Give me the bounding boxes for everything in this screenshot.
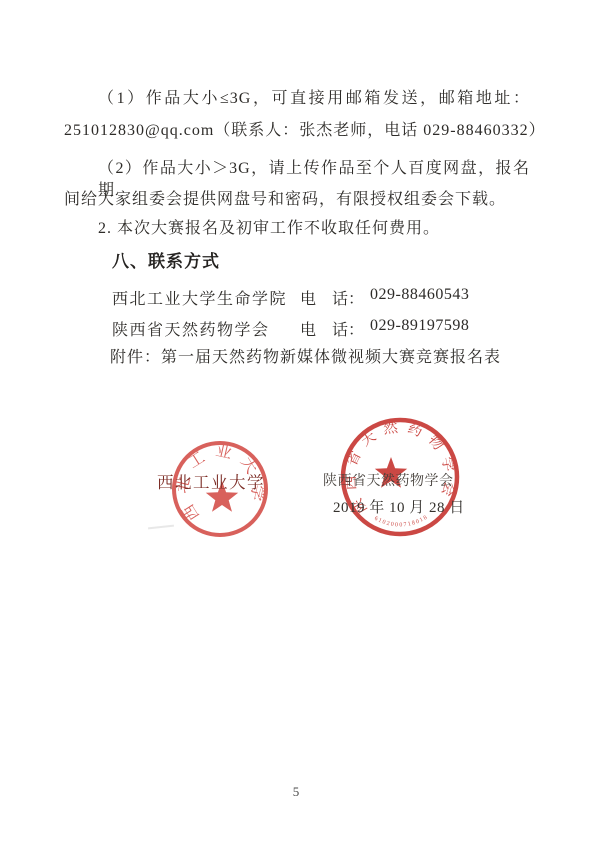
contact-row: 西北工业大学生命学院 电 话： 029-88460543 [112,286,542,308]
document-page: （1）作品大小≤3G，可直接用邮箱发送，邮箱地址： 251012830@qq.c… [0,0,600,848]
contact-row: 陕西省天然药物学会 电 话： 029-89197598 [112,317,542,339]
attachment-line: 附件：第一届天然药物新媒体微视频大赛竞赛报名表 [110,347,501,369]
section-heading: 八、联系方式 [112,251,220,273]
signature-left-org: 西北工业大学 [157,469,265,493]
paragraph-3: 2. 本次大赛报名及初审工作不收取任何费用。 [98,218,440,240]
paragraph-1-line-1: （1）作品大小≤3G，可直接用邮箱发送，邮箱地址： [98,88,530,110]
signature-date: 2019 年 10 月 28 日 [333,496,465,517]
tel-label: 电 话： [300,317,364,340]
paragraph-1-line-2: 251012830@qq.com（联系人：张杰老师，电话 029-8846033… [64,120,546,142]
contact-org: 陕西省天然药物学会 [112,322,270,339]
contact-org: 西北工业大学生命学院 [112,291,287,308]
paragraph-2-line-2: 间给大家组委会提供网盘号和密码，有限授权组委会下载。 [64,189,506,211]
contact-phone: 029-88460543 [370,286,469,304]
tel-label: 电 话： [300,286,364,309]
signature-right-org: 陕西省天然药物学会 [323,470,454,490]
contact-phone: 029-89197598 [370,317,469,335]
page-number: 5 [284,784,308,800]
